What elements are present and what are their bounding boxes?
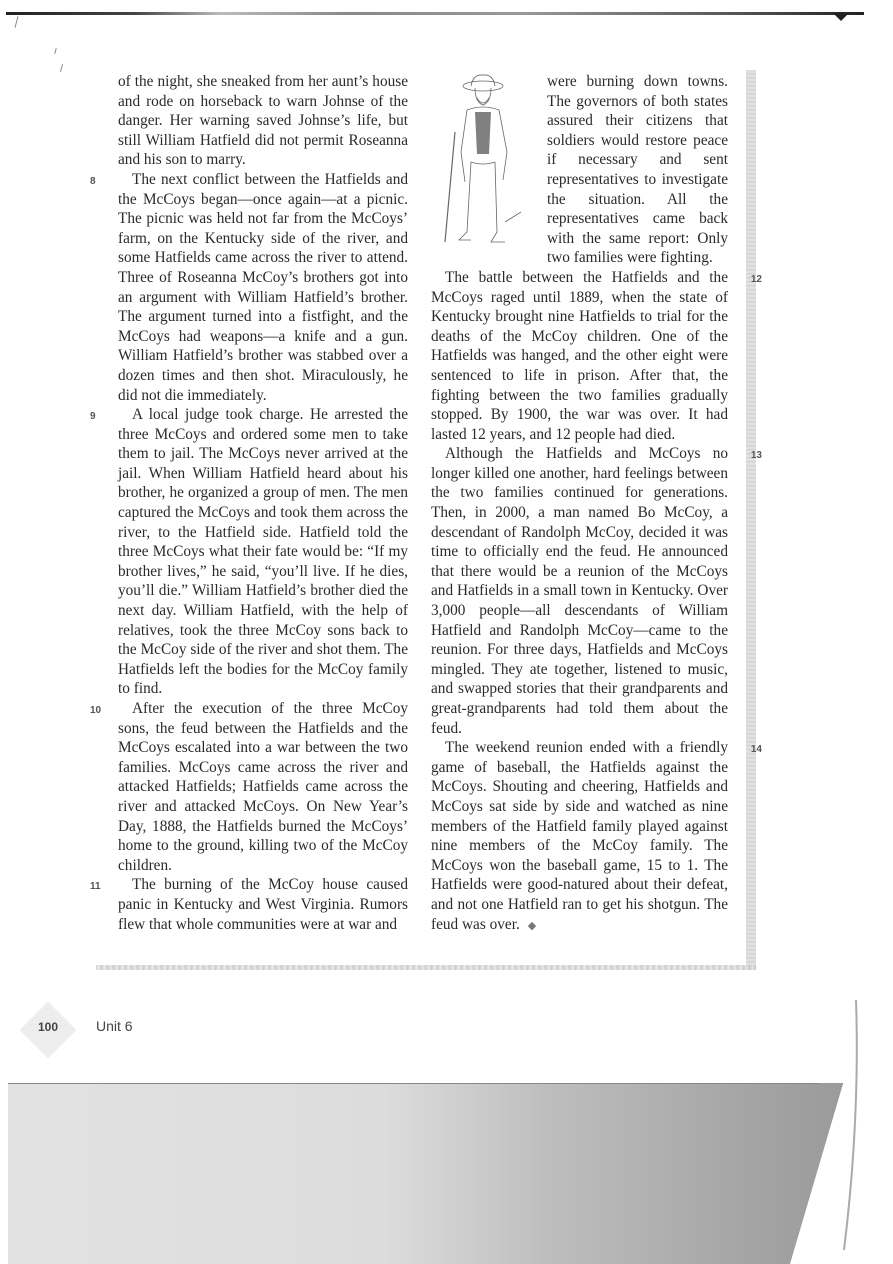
scan-mark (14, 16, 18, 28)
left-column: of the night, she sneaked from her aunt’… (118, 72, 408, 934)
paragraph-number: 13 (751, 446, 762, 466)
paragraph-14: 14 The weekend reunion ended with a frie… (431, 738, 728, 936)
page-curl-edge (838, 1000, 868, 1250)
page-shadow-bottom (96, 965, 756, 970)
paragraph-7-continued: of the night, she sneaked from her aunt’… (118, 72, 408, 170)
right-column: were burning down towns. The governors o… (431, 72, 728, 936)
paragraph-number: 10 (90, 701, 101, 721)
man-in-hat-illustration (431, 72, 539, 250)
top-rule (6, 12, 864, 15)
paragraph-12: 12 The battle between the Hatfields and … (431, 268, 728, 444)
paragraph-number: 12 (751, 270, 762, 290)
top-rule-tip (833, 13, 849, 21)
paragraph-number: 9 (90, 407, 96, 427)
paragraph-9: 9 A local judge took charge. He arrested… (118, 405, 408, 699)
sketch-figure-icon (431, 72, 539, 250)
paragraph-11: 11 The burning of the McCoy house caused… (118, 875, 408, 934)
paragraph-number: 8 (90, 172, 96, 192)
paragraph-8: 8 The next conflict between the Hatfield… (118, 170, 408, 405)
paragraph-number: 14 (751, 740, 762, 760)
paragraph-number: 11 (90, 877, 101, 897)
page-shadow-right (746, 70, 756, 970)
unit-label: Unit 6 (96, 1018, 133, 1034)
scanner-bed-shadow (0, 1083, 893, 1264)
paragraph-13: 13 Although the Hatfields and McCoys no … (431, 444, 728, 738)
scan-mark (54, 48, 57, 54)
scan-mark (60, 64, 63, 72)
paragraph-10: 10 After the execution of the three McCo… (118, 699, 408, 875)
page-number: 100 (26, 1020, 70, 1034)
end-of-story-diamond-icon: ◆ (528, 920, 536, 932)
